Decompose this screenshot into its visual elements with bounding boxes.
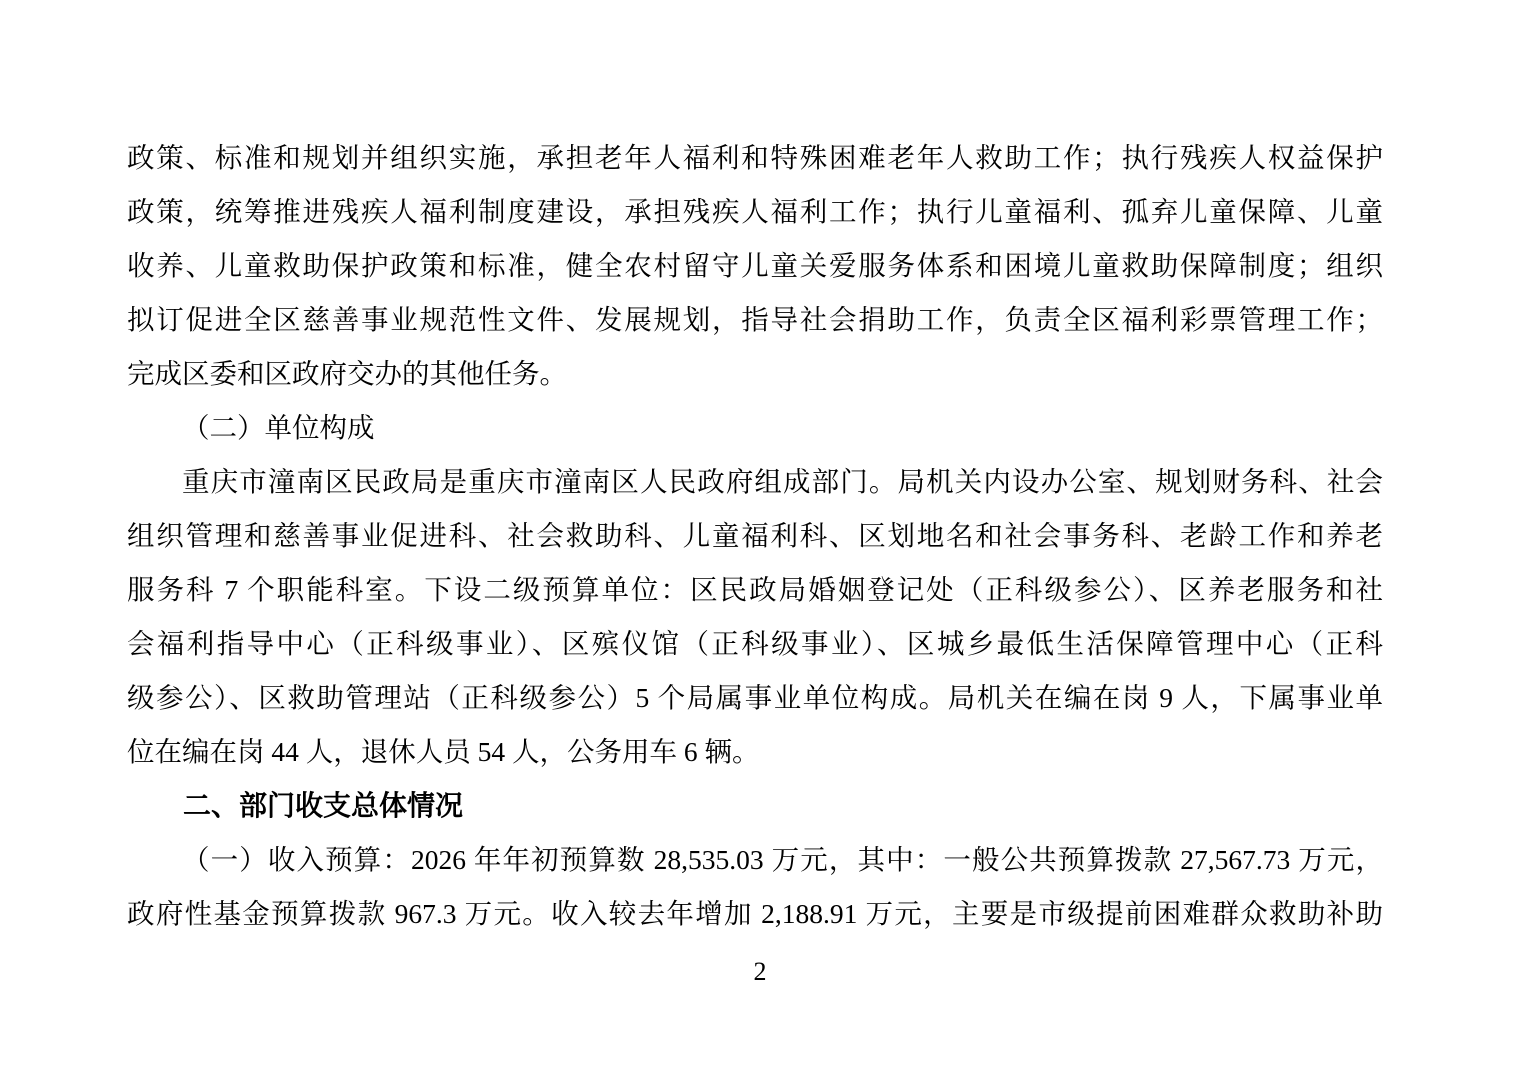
text-line: 级参公）、区救助管理站（正科级参公）5 个局属事业单位构成。局机关在编在岗 9 … [127, 671, 1383, 725]
page-number: 2 [0, 957, 1520, 987]
section-heading: 二、部门收支总体情况 [127, 779, 1383, 833]
text-line: 政策、标准和规划并组织实施，承担老年人福利和特殊困难老年人救助工作；执行残疾人权… [127, 131, 1383, 185]
document-body: 政策、标准和规划并组织实施，承担老年人福利和特殊困难老年人救助工作；执行残疾人权… [127, 131, 1383, 941]
text-line: 重庆市潼南区民政局是重庆市潼南区人民政府组成部门。局机关内设办公室、规划财务科、… [127, 455, 1383, 509]
text-line: 政府性基金预算拨款 967.3 万元。收入较去年增加 2,188.91 万元，主… [127, 887, 1383, 941]
text-line: （二）单位构成 [127, 401, 1383, 455]
document-page: 政策、标准和规划并组织实施，承担老年人福利和特殊困难老年人救助工作；执行残疾人权… [0, 0, 1520, 1074]
text-line: 拟订促进全区慈善事业规范性文件、发展规划，指导社会捐助工作，负责全区福利彩票管理… [127, 293, 1383, 347]
text-line: 政策，统筹推进残疾人福利制度建设，承担残疾人福利工作；执行儿童福利、孤弃儿童保障… [127, 185, 1383, 239]
text-line: （一）收入预算：2026 年年初预算数 28,535.03 万元，其中：一般公共… [127, 833, 1383, 887]
text-line: 位在编在岗 44 人，退休人员 54 人，公务用车 6 辆。 [127, 725, 1383, 779]
text-line: 完成区委和区政府交办的其他任务。 [127, 347, 1383, 401]
text-line: 收养、儿童救助保护政策和标准，健全农村留守儿童关爱服务体系和困境儿童救助保障制度… [127, 239, 1383, 293]
text-line: 服务科 7 个职能科室。下设二级预算单位：区民政局婚姻登记处（正科级参公）、区养… [127, 563, 1383, 617]
text-line: 会福利指导中心（正科级事业）、区殡仪馆（正科级事业）、区城乡最低生活保障管理中心… [127, 617, 1383, 671]
text-line: 组织管理和慈善事业促进科、社会救助科、儿童福利科、区划地名和社会事务科、老龄工作… [127, 509, 1383, 563]
